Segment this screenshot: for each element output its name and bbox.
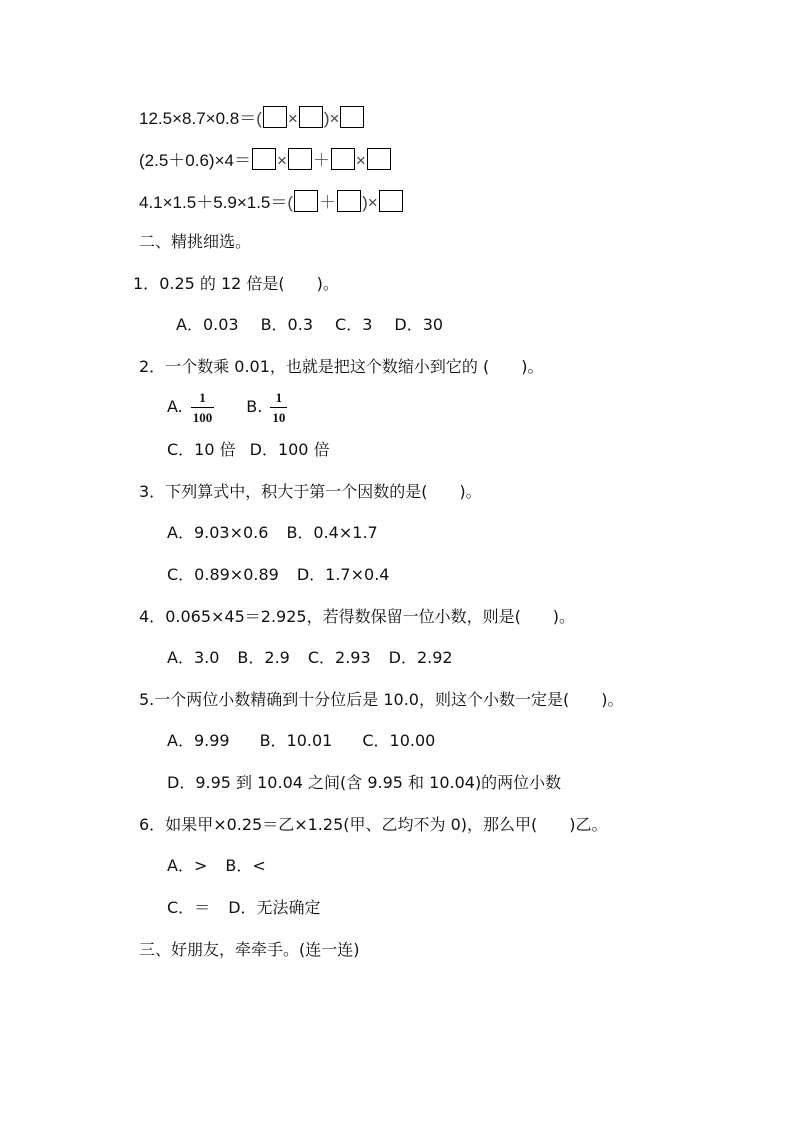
- option-b[interactable]: B.110: [246, 397, 287, 416]
- option-b[interactable]: B．0.3: [261, 315, 313, 334]
- option-a[interactable]: A．>: [167, 856, 207, 875]
- question-text: 一个数乘 0.01，也就是把这个数缩小到它的 ( )。: [165, 357, 543, 376]
- question-number: 1．: [133, 274, 159, 293]
- option-d[interactable]: D．无法确定: [228, 898, 320, 917]
- question-number: 5.: [139, 690, 154, 709]
- equation-3: 4.1×1.5＋5.9×1.5＝(＋)×: [139, 190, 404, 214]
- fraction-1-10: 110: [270, 390, 287, 425]
- question-3-options-row-2: C．0.89×0.89D．1.7×0.4: [167, 564, 389, 586]
- question-5-options-row-2: D．9.95 到 10.04 之间(含 9.95 和 10.04)的两位小数: [167, 772, 561, 794]
- option-a[interactable]: A.1100: [167, 397, 214, 416]
- option-c[interactable]: C．10 倍: [167, 440, 236, 459]
- question-5-options-row-1: A．9.99B．10.01C．10.00: [167, 730, 435, 752]
- fraction-1-100: 1100: [191, 390, 215, 425]
- option-c[interactable]: C．2.93: [308, 648, 371, 667]
- question-2-options: C．10 倍D．100 倍: [167, 439, 330, 461]
- answer-box[interactable]: [331, 148, 355, 170]
- question-4: 4．0.065×45＝2.925，若得数保留一位小数，则是( )。: [139, 606, 575, 628]
- answer-box[interactable]: [294, 190, 318, 212]
- option-d[interactable]: D．1.7×0.4: [297, 565, 390, 584]
- worksheet-page: 12.5×8.7×0.8＝(×)× (2.5＋0.6)×4＝×＋× 4.1×1.…: [0, 0, 793, 1122]
- question-text: 下列算式中，积大于第一个因数的是( )。: [165, 482, 482, 501]
- equation-2: (2.5＋0.6)×4＝×＋×: [139, 148, 392, 172]
- section-2-title: 二、精挑细选。: [139, 231, 251, 253]
- option-c[interactable]: C．＝: [167, 898, 210, 917]
- answer-box[interactable]: [299, 106, 323, 128]
- option-a[interactable]: A．3.0: [167, 648, 219, 667]
- fraction-bar: [191, 407, 215, 408]
- option-b[interactable]: B．0.4×1.7: [286, 523, 377, 542]
- answer-box[interactable]: [288, 148, 312, 170]
- question-6: 6．如果甲×0.25＝乙×1.25(甲、乙均不为 0)，那么甲( )乙。: [139, 814, 608, 836]
- section-3-title: 三、好朋友，牵牵手。(连一连): [139, 939, 360, 961]
- question-1: 1．0.25 的 12 倍是( )。: [133, 273, 339, 295]
- option-b[interactable]: B．10.01: [260, 731, 333, 750]
- question-6-options-row-2: C．＝D．无法确定: [167, 897, 321, 919]
- option-b[interactable]: B．2.9: [237, 648, 289, 667]
- answer-box[interactable]: [379, 190, 403, 212]
- option-d[interactable]: D．9.95 到 10.04 之间(含 9.95 和 10.04)的两位小数: [167, 773, 561, 792]
- question-number: 6．: [139, 815, 165, 834]
- question-4-options: A．3.0B．2.9C．2.93D．2.92: [167, 647, 453, 669]
- option-d[interactable]: D．2.92: [389, 648, 453, 667]
- question-text: 0.25 的 12 倍是( )。: [159, 274, 339, 293]
- question-text: 0.065×45＝2.925，若得数保留一位小数，则是( )。: [165, 607, 575, 626]
- question-number: 3．: [139, 482, 165, 501]
- fraction-bar: [270, 407, 287, 408]
- answer-box[interactable]: [340, 106, 364, 128]
- equation-left: (2.5＋0.6)×4＝: [139, 151, 251, 170]
- option-c[interactable]: C．0.89×0.89: [167, 565, 279, 584]
- question-2-fraction-options: A.1100B.110: [167, 390, 287, 425]
- question-3-options-row-1: A．9.03×0.6B．0.4×1.7: [167, 522, 378, 544]
- option-c[interactable]: C．10.00: [362, 731, 435, 750]
- option-a[interactable]: A．9.99: [167, 731, 230, 750]
- equation-left: 12.5×8.7×0.8＝: [139, 109, 256, 128]
- answer-box[interactable]: [367, 148, 391, 170]
- equation-left: 4.1×1.5＋5.9×1.5＝: [139, 193, 287, 212]
- answer-box[interactable]: [252, 148, 276, 170]
- question-6-options-row-1: A．>B．<: [167, 855, 266, 877]
- option-d[interactable]: D．100 倍: [250, 440, 330, 459]
- question-1-options: A．0.03B．0.3C．3D．30: [176, 314, 443, 336]
- answer-box[interactable]: [337, 190, 361, 212]
- option-b[interactable]: B．<: [225, 856, 265, 875]
- equation-1: 12.5×8.7×0.8＝(×)×: [139, 106, 365, 130]
- question-3: 3．下列算式中，积大于第一个因数的是( )。: [139, 481, 482, 503]
- option-d[interactable]: D．30: [394, 315, 443, 334]
- option-a[interactable]: A．0.03: [176, 315, 239, 334]
- option-c[interactable]: C．3: [335, 315, 372, 334]
- question-text: 一个两位小数精确到十分位后是 10.0，则这个小数一定是( )。: [154, 690, 623, 709]
- question-number: 2．: [139, 357, 165, 376]
- option-a[interactable]: A．9.03×0.6: [167, 523, 268, 542]
- question-text: 如果甲×0.25＝乙×1.25(甲、乙均不为 0)，那么甲( )乙。: [165, 815, 607, 834]
- question-number: 4．: [139, 607, 165, 626]
- answer-box[interactable]: [263, 106, 287, 128]
- question-5: 5.一个两位小数精确到十分位后是 10.0，则这个小数一定是( )。: [139, 689, 623, 711]
- question-2: 2．一个数乘 0.01，也就是把这个数缩小到它的 ( )。: [139, 356, 543, 378]
